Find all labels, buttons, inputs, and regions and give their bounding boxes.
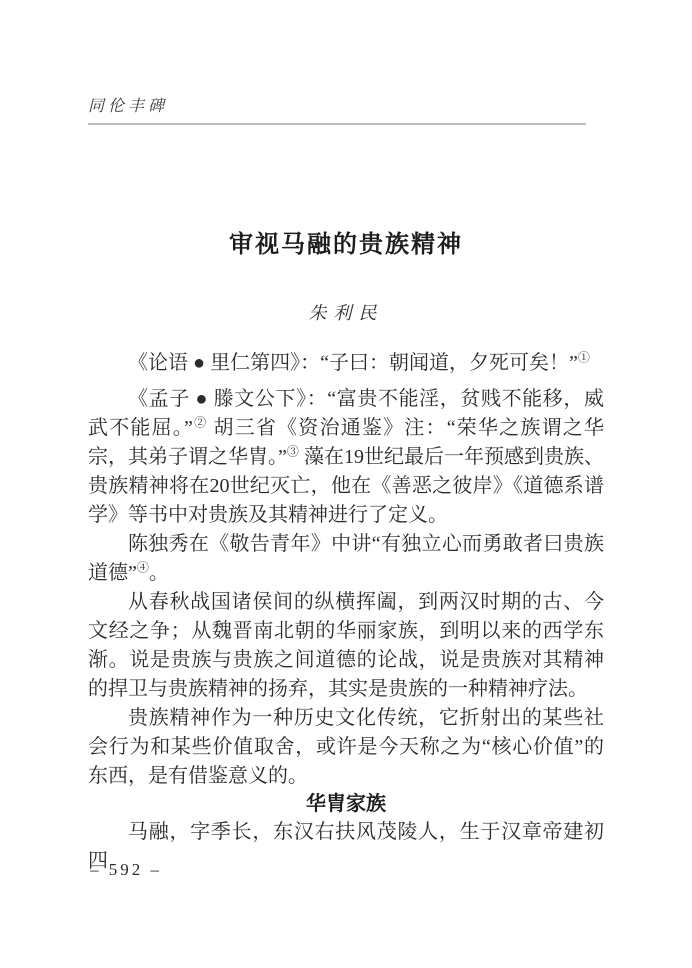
body-paragraph: 《孟子 ● 滕文公下》：“富贵不能淫，贫贱不能移，威武不能屈。”② 胡三省《资治… bbox=[88, 385, 604, 530]
running-header-text: 同伦丰碑 bbox=[88, 98, 168, 115]
body-paragraphs-before-heading: 《论语 ● 里仁第四》：“子曰：朝闻道，夕死可矣！”①《孟子 ● 滕文公下》：“… bbox=[88, 349, 604, 791]
paragraph-text: 《论语 ● 里仁第四》：“子曰：朝闻道，夕死可矣！” bbox=[128, 352, 578, 374]
footnote-marker: ③ bbox=[287, 444, 299, 458]
body-paragraphs-after-heading: 马融，字季长，东汉右扶风茂陵人，生于汉章帝建初四 bbox=[88, 818, 604, 876]
article-body: 《论语 ● 里仁第四》：“子曰：朝闻道，夕死可矣！”①《孟子 ● 滕文公下》：“… bbox=[88, 349, 604, 876]
paragraph-text: 马融，字季长，东汉右扶风茂陵人，生于汉章帝建初四 bbox=[88, 821, 604, 872]
body-paragraph: 贵族精神作为一种历史文化传统，它折射出的某些社会行为和某些价值取舍，或许是今天称… bbox=[88, 704, 604, 791]
body-paragraph: 《论语 ● 里仁第四》：“子曰：朝闻道，夕死可矣！”① bbox=[88, 349, 604, 378]
page-number: – 592 – bbox=[90, 860, 162, 880]
page-title: 审视马融的贵族精神 bbox=[0, 224, 692, 259]
paragraph-text: 从春秋战国诸侯间的纵横挥阖，到两汉时期的古、今文经之争；从魏晋南北朝的华丽家族，… bbox=[88, 591, 604, 700]
section-heading: 华胄家族 bbox=[88, 791, 604, 818]
author-name: 朱利民 bbox=[0, 299, 692, 325]
running-header: 同伦丰碑 bbox=[88, 93, 586, 125]
footnote-marker: ① bbox=[578, 350, 590, 364]
footnote-marker: ④ bbox=[137, 560, 149, 574]
body-paragraph: 陈独秀在《敬告青年》中讲“有独立心而勇敢者曰贵族道德”④。 bbox=[88, 530, 604, 588]
body-paragraph: 从春秋战国诸侯间的纵横挥阖，到两汉时期的古、今文经之争；从魏晋南北朝的华丽家族，… bbox=[88, 588, 604, 704]
document-page: 同伦丰碑 审视马融的贵族精神 朱利民 《论语 ● 里仁第四》：“子曰：朝闻道，夕… bbox=[0, 0, 692, 968]
paragraph-text: 贵族精神作为一种历史文化传统，它折射出的某些社会行为和某些价值取舍，或许是今天称… bbox=[88, 707, 604, 787]
body-paragraph: 马融，字季长，东汉右扶风茂陵人，生于汉章帝建初四 bbox=[88, 818, 604, 876]
paragraph-text: 。 bbox=[149, 562, 169, 584]
footnote-marker: ② bbox=[193, 415, 207, 429]
